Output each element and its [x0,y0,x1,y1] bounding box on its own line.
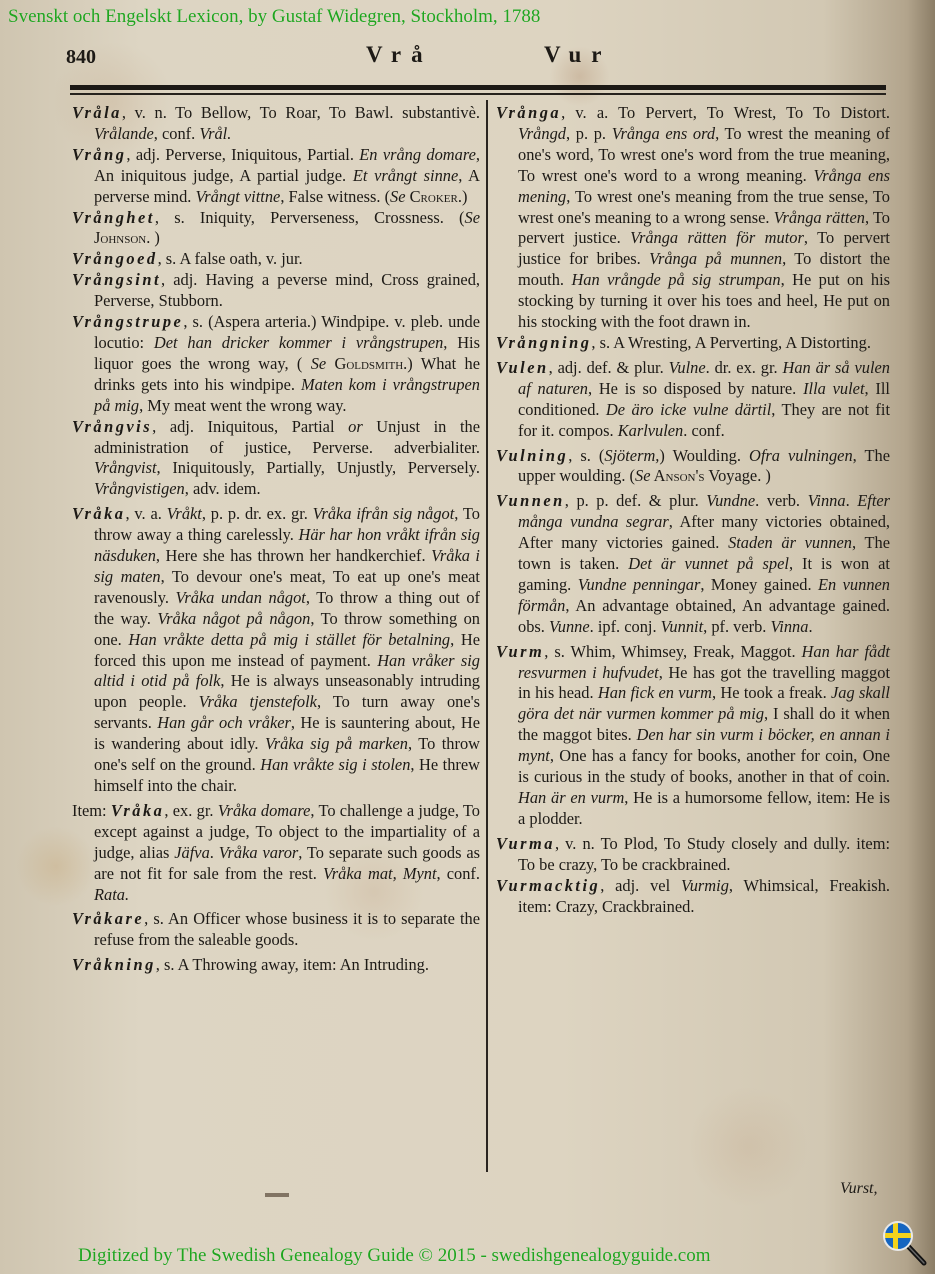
definition-text: , adj. vel [600,876,681,895]
swedish-example: Vundne [706,491,755,510]
swedish-example: Vråka mat, Mynt [323,864,437,883]
swedish-example: Illa vulet [803,379,864,398]
site-title: Svenskt och Engelskt Lexicon, by Gustaf … [8,6,540,28]
reference-author: Anson's [650,466,704,485]
headword: Vråkare [72,909,144,928]
swedish-example: Vrål. [199,124,231,143]
dictionary-entry: Vrångoed, s. A false oath, v. jur. [72,249,480,270]
definition-text: . dr. ex. gr. [706,358,783,377]
swedish-example: Han fick en vurm [598,683,712,702]
swedish-example: Han är en vurm [518,788,624,807]
dictionary-entry: Vråla, v. n. To Bellow, To Roar, To Bawl… [72,103,480,145]
definition-text: ) [462,187,467,206]
definition-text: , conf. [154,124,200,143]
dictionary-entry: Vrångsint, adj. Having a peverse mind, C… [72,270,480,312]
headword: Vurma [496,834,555,853]
definition-text: , s. Iniquity, Perverseness, Crossness. … [155,208,465,227]
reference-author: Johnson. [94,228,150,247]
swedish-example: Rata. [94,885,129,904]
definition-text: . [808,617,812,636]
swedish-example: Vrånga ens ord [612,124,715,143]
swedish-example: Det är vunnet på spel [628,554,789,573]
definition-text: , p. p. dr. ex. gr. [202,504,313,523]
swedish-example: Sjöterm, [604,446,659,465]
swedish-example: Vråka ifrån sig något [313,504,455,523]
definition-text: , v. a. To Pervert, To Wrest, To To Dist… [561,103,890,122]
entry-prefix: Item: [72,801,111,820]
definition-text: , Iniquitously, Partially, Unjustly, Per… [157,458,480,477]
swedish-example: Vunnit [661,617,704,636]
definition-text: , adj. def. & plur. [549,358,669,377]
running-head: 840 Vrå Vur [66,42,886,78]
headword: Vrångoed [72,249,158,268]
catchword: Vurst, [840,1180,877,1198]
swedish-example: Staden är vunnen [728,533,852,552]
dictionary-entry: Vurmacktig, adj. vel Vurmig, Whimsical, … [496,876,890,918]
swedish-example: Vunne [549,617,590,636]
definition-text: , s. An Officer whose business it is to … [94,909,480,949]
definition-text: , pf. verb. [703,617,770,636]
definition-text: , He is so disposed by nature. [588,379,803,398]
swedish-example: Vrångt vittne [196,187,281,206]
dictionary-entry: Vrångvis, adj. Iniquitous, Partial or Un… [72,417,480,501]
ink-smudge [265,1193,289,1197]
definition-text: . ipf. conj. [590,617,661,636]
reference-author: Croker. [406,187,462,206]
definition-text: , p. p. def. & plur. [565,491,707,510]
definition-text: , adv. idem. [185,479,261,498]
swedish-example: Han vråkte detta på mig i stället för be… [128,630,450,649]
dictionary-entry: Vrångstrupe, s. (Aspera arteria.) Windpi… [72,312,480,417]
swedish-example: Vrålande [94,124,154,143]
swedish-example: En vrång domare [359,145,476,164]
definition-text: , v. n. To Plod, To Study closely and du… [518,834,890,874]
swedish-example: Vinna [808,491,846,510]
headword: Vrångning [496,333,591,352]
swedish-example: Vulne [669,358,706,377]
headword: Vrångsint [72,270,161,289]
swedish-example: Vundne penningar [578,575,701,594]
swedish-example: Ofra vulningen [749,446,853,465]
swedish-example: Vrånga rätten [774,208,865,227]
definition-text: , He took a freak. [712,683,831,702]
definition-text: , One has a fancy for books, another for… [518,746,890,786]
page-number: 840 [66,46,96,69]
definition-text: , adj. Iniquitous, Partial [152,417,348,436]
swedish-example: Det han dricker kommer i vrångstrupen [154,333,443,352]
right-column: Vrånga, v. a. To Pervert, To Wrest, To T… [496,103,890,917]
definition-text: , s. A Throwing away, item: An Intruding… [156,955,429,974]
swedish-example: Vråka varor [219,843,299,862]
swedish-example: or [348,417,363,436]
dictionary-entry: Vurma, v. n. To Plod, To Study closely a… [496,834,890,876]
definition-text: , ex. gr. [164,801,217,820]
definition-text: . [846,491,858,510]
swedish-example: Vråka undan något [176,588,306,607]
swedish-example: Vråka domare [218,801,311,820]
dictionary-entry: Vulen, adj. def. & plur. Vulne. dr. ex. … [496,358,890,442]
footer-credit: Digitized by The Swedish Genealogy Guide… [78,1245,711,1267]
dictionary-entry: Vrång, adj. Perverse, Iniquitous, Partia… [72,145,480,208]
definition-text: . verb. [755,491,807,510]
dictionary-entry: Vråka, v. a. Vråkt, p. p. dr. ex. gr. Vr… [72,504,480,797]
headword: Vråka [111,801,165,820]
reference-author: Goldsmith. [326,354,407,373]
definition-text: , Money gained. [700,575,818,594]
swedish-example: Vråkt [167,504,202,523]
dictionary-entry: Vulning, s. (Sjöterm,) Woulding. Ofra vu… [496,446,890,488]
swedish-example: Vråka sig på marken [265,734,408,753]
definition-text: , v. n. To Bellow, To Roar, To Bawl. sub… [122,103,480,122]
swedish-example: Se [635,466,650,485]
dictionary-entry: Vrånghet, s. Iniquity, Perverseness, Cro… [72,208,480,250]
headword: Vulning [496,446,568,465]
column-divider [486,100,488,1172]
dictionary-entry: Vråkning, s. A Throwing away, item: An I… [72,955,480,976]
swedish-example: Se [465,208,480,227]
definition-text: Voyage. ) [705,466,771,485]
guide-word-first: Vrå [366,42,433,68]
definition-text: , v. a. [126,504,167,523]
dictionary-entry: Vrångning, s. A Wresting, A Perverting, … [496,333,890,354]
swedish-example: Vinna [771,617,809,636]
headword: Vulen [496,358,549,377]
swedish-example: Se [311,354,326,373]
definition-text: ) [150,228,160,247]
definition-text: . conf. [683,421,724,440]
headword: Vurm [496,642,544,661]
left-column: Vråla, v. n. To Bellow, To Roar, To Bawl… [72,103,480,976]
headword: Vrångvis [72,417,152,436]
swedish-example: Vrångvist [94,458,157,477]
swedish-example: Han vråkte sig i stolen [260,755,410,774]
dictionary-entry: Vurm, s. Whim, Whimsey, Freak, Maggot. H… [496,642,890,830]
definition-text: , False witness. ( [280,187,390,206]
swedish-example: Han vrångde på sig strumpan [571,270,780,289]
dictionary-entry: Vråkare, s. An Officer whose business it… [72,909,480,951]
header-rule-thin [70,93,886,95]
swedish-example: Vrånga rätten för mutor [630,228,804,247]
headword: Vrångstrupe [72,312,183,331]
header-rule-thick [70,85,886,90]
swedish-example: Se [390,187,405,206]
headword: Vrånghet [72,208,155,227]
dictionary-entry: Vunnen, p. p. def. & plur. Vundne. verb.… [496,491,890,637]
definition-text: , s. ( [568,446,604,465]
swedish-example: Vråka något på någon [157,609,310,628]
swedish-example: Karlvulen [618,421,684,440]
guide-word-last: Vur [544,42,612,68]
swedish-example: Vrångvistigen [94,479,185,498]
definition-text: ) Woulding. [659,446,749,465]
headword: Vråla [72,103,122,122]
swedish-example: Vurmig [681,876,729,895]
swedish-example: Et vrångt sinne [353,166,458,185]
swedish-example: Vrånga på munnen [649,249,782,268]
definition-text: , My meat went the wrong way. [139,396,346,415]
definition-text: . [210,843,219,862]
swedish-example: De äro icke vulne därtil [606,400,771,419]
swedish-example: Vråka tjenstefolk [199,692,317,711]
magnifier-svg [878,1216,930,1268]
headword: Vråkning [72,955,156,974]
definition-text: , p. p. [566,124,612,143]
headword: Vunnen [496,491,565,510]
definition-text: , Here she has thrown her handkerchief. [156,546,431,565]
definition-text: , s. A false oath, v. jur. [158,249,303,268]
headword: Vrång [72,145,126,164]
definition-text: , s. Whim, Whimsey, Freak, Maggot. [544,642,801,661]
definition-text: , conf. [437,864,480,883]
headword: Vråka [72,504,126,523]
swedish-example: Jäfva [174,843,210,862]
swedish-example: Han går och vråker [157,713,291,732]
dictionary-entry: Item: Vråka, ex. gr. Vråka domare, To ch… [72,801,480,906]
dictionary-entry: Vrånga, v. a. To Pervert, To Wrest, To T… [496,103,890,333]
headword: Vrånga [496,103,561,122]
definition-text: , s. A Wresting, A Perverting, A Distort… [591,333,871,352]
swedish-example: Vrångd [518,124,566,143]
definition-text: , adj. Perverse, Iniquitous, Partial. [126,145,359,164]
headword: Vurmacktig [496,876,600,895]
sweden-flag-magnifier-icon[interactable] [878,1216,930,1268]
